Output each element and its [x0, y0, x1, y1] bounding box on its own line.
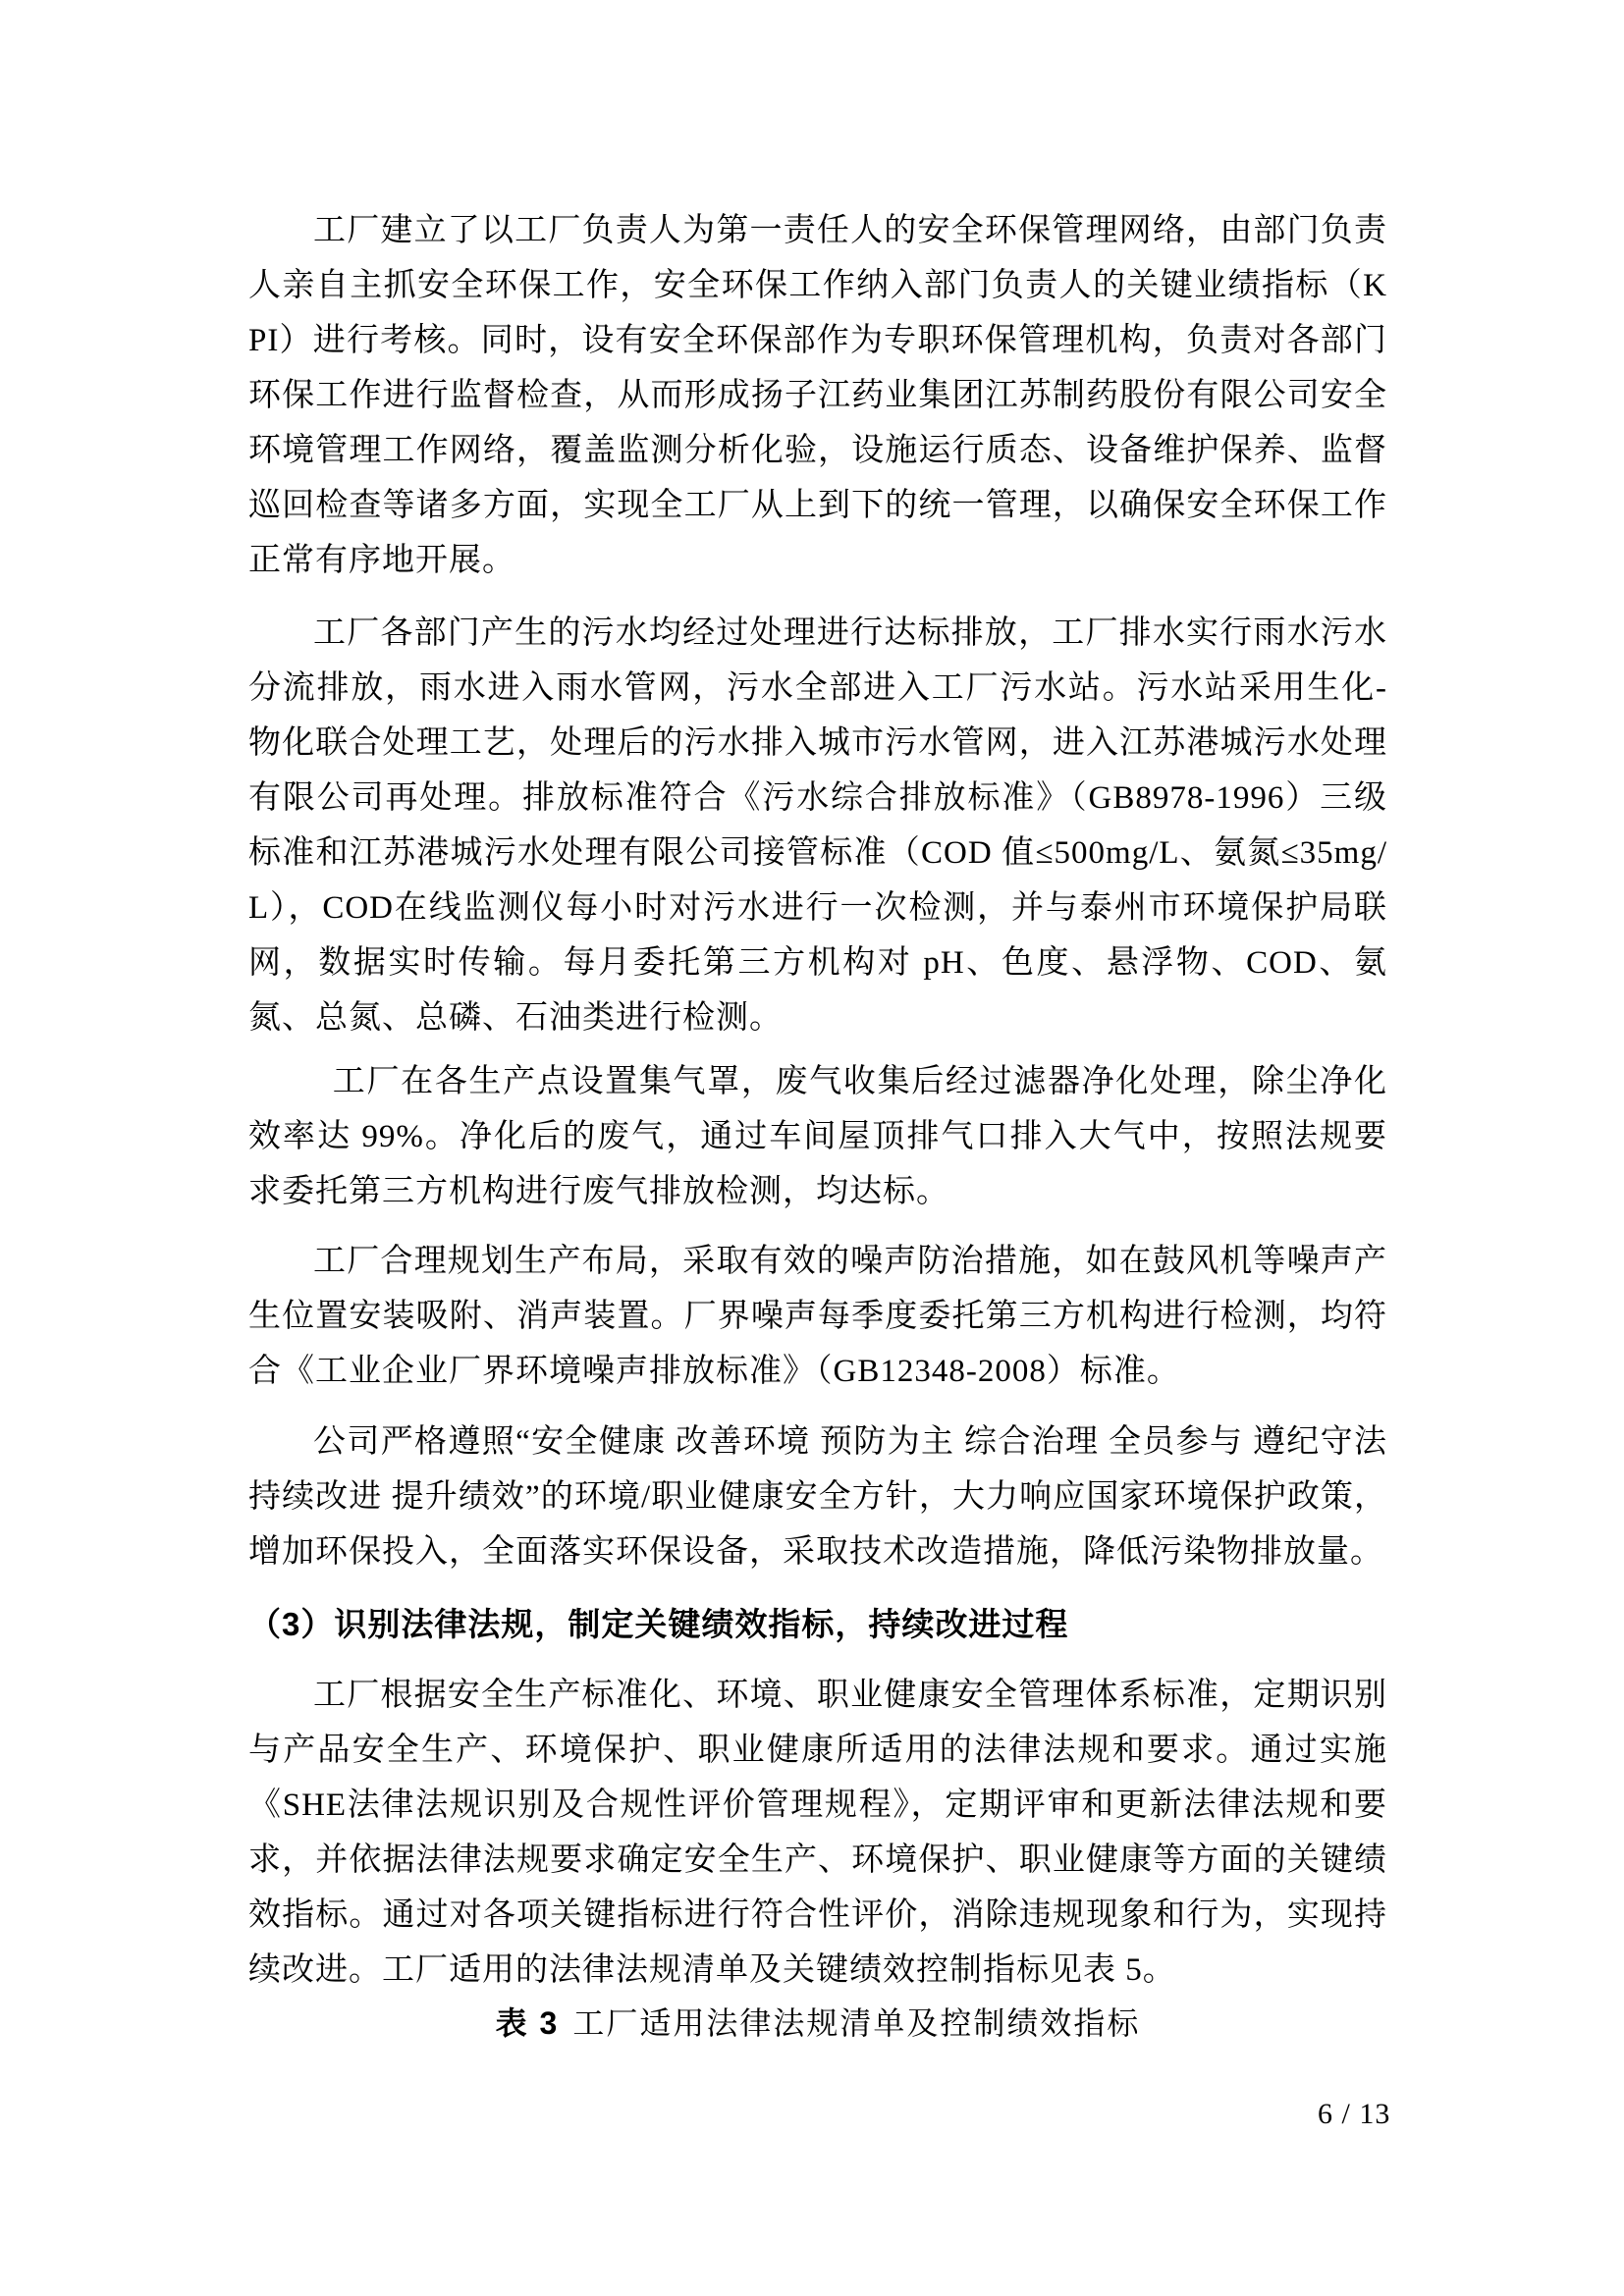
table-caption: 表 3工厂适用法律法规清单及控制绩效指标 [248, 1996, 1387, 2051]
body-paragraph-waste-gas: 工厂在各生产点设置集气罩，废气收集后经过滤器净化处理，除尘净化效率达 99%。净… [248, 1054, 1387, 1219]
body-paragraph-law-identification: 工厂根据安全生产标准化、环境、职业健康安全管理体系标准，定期识别与产品安全生产、… [248, 1668, 1387, 1998]
page-number: 6 / 13 [1318, 2097, 1390, 2132]
body-paragraph-safety-network: 工厂建立了以工厂负责人为第一责任人的安全环保管理网络，由部门负责人亲自主抓安全环… [248, 203, 1387, 588]
body-paragraph-noise: 工厂合理规划生产布局，采取有效的噪声防治措施，如在鼓风机等噪声产生位置安装吸附、… [248, 1234, 1387, 1399]
section-heading-laws-kpi: （3）识别法律法规，制定关键绩效指标，持续改进过程 [248, 1597, 1387, 1652]
document-page: 工厂建立了以工厂负责人为第一责任人的安全环保管理网络，由部门负责人亲自主抓安全环… [0, 0, 1624, 2296]
body-paragraph-wastewater: 工厂各部门产生的污水均经过处理进行达标排放，工厂排水实行雨水污水分流排放，雨水进… [248, 606, 1387, 1045]
body-paragraph-policy: 公司严格遵照“安全健康 改善环境 预防为主 综合治理 全员参与 遵纪守法 持续改… [248, 1415, 1387, 1579]
table-caption-title: 工厂适用法律法规清单及控制绩效指标 [572, 2005, 1140, 2041]
table-caption-label: 表 3 [496, 2005, 560, 2041]
